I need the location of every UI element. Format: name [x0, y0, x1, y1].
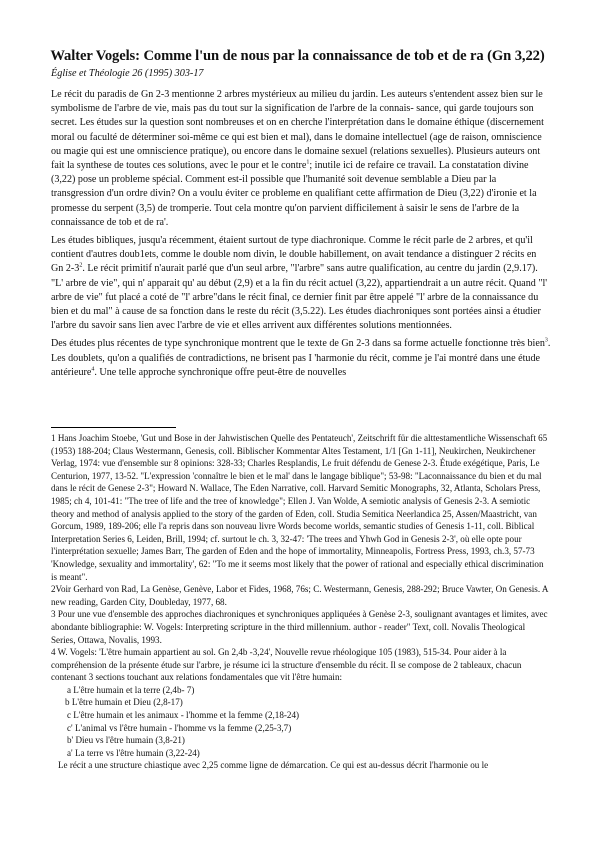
footnote-2: 2Voir Gerhard von Rad, La Genèse, Genève… — [51, 583, 551, 608]
footnote-3: 3 Pour une vue d'ensemble des approches … — [51, 608, 551, 646]
footnote-1: 1 Hans Joachim Stoebe, 'Gut und Bose in … — [51, 432, 551, 583]
structure-item-a: a L'être humain et la terre (2,4b- 7) — [51, 684, 551, 697]
structure-item-b-prime: b' Dieu vs l'être humain (3,8-21) — [51, 734, 551, 747]
paragraph-text: Le récit du paradis de Gn 2-3 mentionne … — [51, 89, 544, 171]
paragraph-1: Le récit du paradis de Gn 2-3 mentionne … — [51, 88, 551, 230]
structure-item-a-prime: a' La terre vs l'être humain (3,22-24) — [51, 747, 551, 760]
paragraph-text: . Le récit primitif n'aurait parlé que d… — [51, 263, 547, 331]
footnotes: 1 Hans Joachim Stoebe, 'Gut und Bose in … — [51, 432, 551, 772]
footnote-4: 4 W. Vogels: 'L'être humain appartient a… — [51, 646, 551, 684]
paragraph-text: . Une telle approche synchronique offre … — [94, 367, 346, 378]
structure-item-b: b L'être humain et Dieu (2,8-17) — [51, 696, 551, 709]
structure-item-c: c L'être humain et les animaux - l'homme… — [51, 709, 551, 722]
journal-citation: Église et Théologie 26 (1995) 303-17 — [51, 68, 204, 79]
footnote-separator — [51, 427, 176, 428]
article-body: Le récit du paradis de Gn 2-3 mentionne … — [51, 88, 551, 384]
structure-item-c-prime: c' L'animal vs l'être humain - l'homme v… — [51, 722, 551, 735]
paragraph-text: Des études plus récentes de type synchro… — [51, 338, 545, 349]
article-title: Walter Vogels: Comme l'un de nous par la… — [0, 48, 595, 65]
footnote-4-continuation: Le récit a une structure chiastique avec… — [51, 759, 551, 772]
paragraph-3: Des études plus récentes de type synchro… — [51, 337, 551, 380]
paragraph-2: Les études bibliques, jusqu'a récemment,… — [51, 234, 551, 333]
